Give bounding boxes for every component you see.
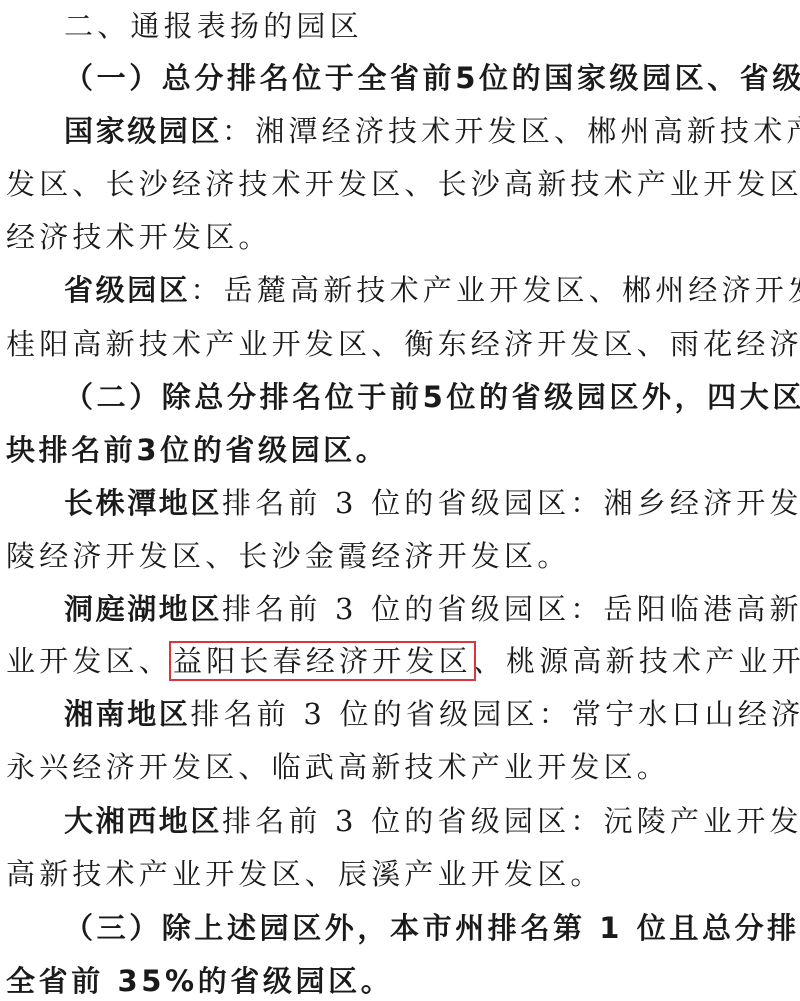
section1-title: （一）总分排名位于全省前5位的国家级园区、省级园区。	[64, 52, 796, 105]
provincial-parks-label: 省级园区	[64, 273, 190, 307]
section3-title-line2: 全省前 35%的省级园区。	[6, 955, 796, 1001]
provincial-parks-text: 岳麓高新技术产业开发区、郴州经济开发区、	[224, 273, 800, 307]
region-text: 排名前 3 位的省级园区：湘乡经济开发区、醴	[222, 486, 800, 520]
provincial-parks-line1: 省级园区：岳麓高新技术产业开发区、郴州经济开发区、	[64, 264, 796, 317]
region-text: 、桃源高新技术产业开发区。	[473, 644, 800, 678]
national-parks-line2: 发区、长沙经济技术开发区、长沙高新技术产业开发区、望城	[6, 158, 796, 211]
region-xiangnan-line2: 永兴经济开发区、临武高新技术产业开发区。	[6, 741, 796, 794]
section3-title-line1: （三）除上述园区外，本市州排名第 1 位且总分排名进入	[64, 902, 796, 955]
region-text: 业开发区、	[6, 644, 172, 678]
section-heading: 二、通报表扬的园区	[64, 0, 796, 53]
region-xiangnan-line1: 湘南地区排名前 3 位的省级园区：常宁水口山经济开发区、	[64, 688, 796, 741]
region-label: 大湘西地区	[64, 804, 222, 838]
region-dongtinghu-line2: 业开发区、益阳长春经济开发区、桃源高新技术产业开发区。	[6, 635, 796, 688]
national-parks-label: 国家级园区	[64, 114, 222, 148]
national-parks-line3: 经济技术开发区。	[6, 211, 796, 264]
region-daxiangxi-line1: 大湘西地区排名前 3 位的省级园区：沅陵产业开发区、双峰	[64, 795, 796, 848]
region-changzhutan-line1: 长株潭地区排名前 3 位的省级园区：湘乡经济开发区、醴	[64, 477, 796, 530]
section2-title-line1: （二）除总分排名位于前5位的省级园区外，四大区域板	[64, 371, 796, 424]
region-changzhutan-line2: 陵经济开发区、长沙金霞经济开发区。	[6, 530, 796, 583]
section2-title-line2: 块排名前3位的省级园区。	[6, 424, 796, 477]
region-text: 排名前 3 位的省级园区：岳阳临港高新技术产	[222, 592, 800, 626]
region-text: 排名前 3 位的省级园区：沅陵产业开发区、双峰	[222, 804, 800, 838]
colon: ：	[222, 114, 255, 148]
highlighted-park-name: 益阳长春经济开发区	[172, 644, 473, 678]
region-label: 洞庭湖地区	[64, 592, 222, 626]
colon: ：	[190, 273, 223, 307]
region-text: 排名前 3 位的省级园区：常宁水口山经济开发区、	[190, 697, 800, 731]
region-dongtinghu-line1: 洞庭湖地区排名前 3 位的省级园区：岳阳临港高新技术产	[64, 583, 796, 636]
region-label: 长株潭地区	[64, 486, 222, 520]
national-parks-line1: 国家级园区：湘潭经济技术开发区、郴州高新技术产业开	[64, 105, 796, 158]
region-daxiangxi-line2: 高新技术产业开发区、辰溪产业开发区。	[6, 848, 796, 901]
region-label: 湘南地区	[64, 697, 190, 731]
national-parks-text: 湘潭经济技术开发区、郴州高新技术产业开	[255, 114, 800, 148]
provincial-parks-line2: 桂阳高新技术产业开发区、衡东经济开发区、雨花经济开发区。	[6, 318, 796, 371]
